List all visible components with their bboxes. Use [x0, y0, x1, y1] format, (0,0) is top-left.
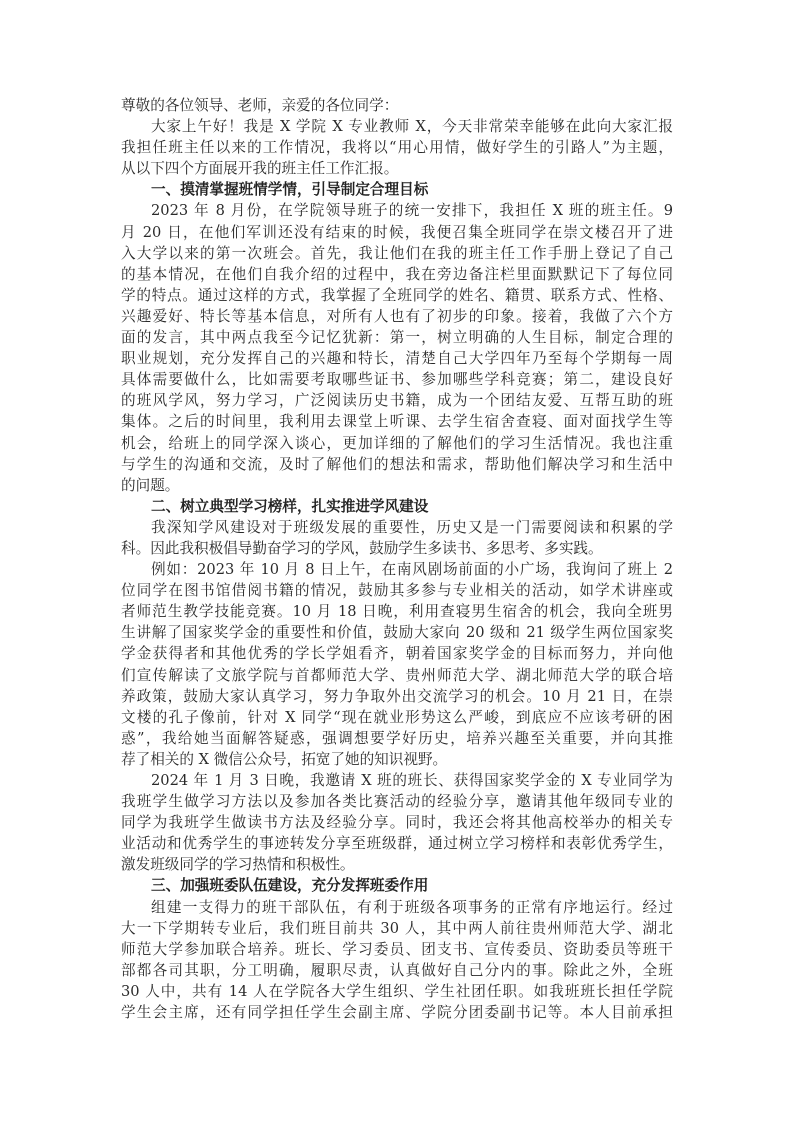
section-heading: 二、树立典型学习榜样，扎实推进学风建设	[121, 496, 673, 517]
paragraph-line: 例如：2023 年 10 月 8 日上午，在南风剧场前面的小广场，我询问了班上 …	[121, 559, 673, 580]
paragraph-line: 的问题。	[121, 475, 673, 496]
paragraph-line: 组建一支得力的班干部队伍，有利于班级各项事务的正常有序地运行。经过	[121, 897, 673, 918]
paragraph-line: 大家上午好！我是 X 学院 X 专业教师 X，今天非常荣幸能够在此向大家汇报	[121, 116, 673, 137]
paragraph-line: 学的特点。通过这样的方式，我掌握了全班同学的姓名、籍贯、联系方式、性格、	[121, 285, 673, 306]
paragraph-line: 兴趣爱好、特长等基本信息，对所有人也有了初步的印象。接着，我做了六个方	[121, 306, 673, 327]
paragraph-line: 尊敬的各位领导、老师，亲爱的各位同学：	[121, 95, 673, 116]
paragraph-line: 入大学以来的第一次班会。首先，我让他们在我的班主任工作手册上登记了自己	[121, 243, 673, 264]
paragraph-line: 者师范生教学技能竞赛。10 月 18 日晚，利用查寝男生宿舍的机会，我向全班男	[121, 601, 673, 622]
paragraph-line: 荐了相关的 X 微信公众号，拓宽了她的知识视野。	[121, 749, 673, 770]
paragraph-line: 学金获得者和其他优秀的学长学姐看齐，朝着国家奖学金的目标而努力，并向他	[121, 643, 673, 664]
paragraph-line: 们宣传解读了文旅学院与首都师范大学、贵州师范大学、湖北师范大学的联合培	[121, 665, 673, 686]
paragraph-line: 面的发言，其中两点我至今记忆犹新：第一，树立明确的人生目标，制定合理的	[121, 327, 673, 348]
paragraph-line: 师范大学参加联合培养。班长、学习委员、团支书、宣传委员、资助委员等班干	[121, 939, 673, 960]
paragraph-line: 部都各司其职，分工明确，履职尽责，认真做好自己分内的事。除此之外，全班	[121, 960, 673, 981]
paragraph-line: 学生会主席，还有同学担任学生会副主席、学院分团委副书记等。本人目前承担	[121, 1002, 673, 1023]
section-heading: 一、摸清掌握班情学情，引导制定合理目标	[121, 179, 673, 200]
paragraph-line: 惑”，我给她当面解答疑惑，强调想要学好历史，培养兴趣至关重要，并向其推	[121, 728, 673, 749]
paragraph-line: 集体。之后的时间里，我利用去课堂上听课、去学生宿舍查寝、面对面找学生等	[121, 411, 673, 432]
paragraph-line: 养政策，鼓励大家认真学习，努力争取外出交流学习的机会。10 月 21 日，在崇	[121, 686, 673, 707]
paragraph-line: 30 人中，共有 14 人在学院各大学生组织、学生社团任职。如我班班长担任学院	[121, 981, 673, 1002]
paragraph-line: 科。因此我积极倡导勤奋学习的学风，鼓励学生多读书、多思考、多实践。	[121, 538, 673, 559]
paragraph-line: 2023 年 8 月份，在学院领导班子的统一安排下，我担任 X 班的班主任。9	[121, 200, 673, 221]
paragraph-line: 的班风学风，努力学习，广泛阅读历史书籍，成为一个团结友爱、互帮互助的班	[121, 390, 673, 411]
paragraph-line: 大一下学期转专业后，我们班目前共 30 人，其中两人前往贵州师范大学、湖北	[121, 918, 673, 939]
paragraph-line: 职业规划，充分发挥自己的兴趣和特长，清楚自己大学四年乃至每个学期每一周	[121, 348, 673, 369]
paragraph-line: 与学生的沟通和交流，及时了解他们的想法和需求，帮助他们解决学习和生活中	[121, 454, 673, 475]
paragraph-line: 2024 年 1 月 3 日晚，我邀请 X 班的班长、获得国家奖学金的 X 专业…	[121, 770, 673, 791]
paragraph-line: 激发班级同学的学习热情和积极性。	[121, 854, 673, 875]
paragraph-line: 生讲解了国家奖学金的重要性和价值，鼓励大家向 20 级和 21 级学生两位国家奖	[121, 622, 673, 643]
paragraph-line: 同学为我班学生做读书方法及经验分享。同时，我还会将其他高校举办的相关专	[121, 812, 673, 833]
paragraph-line: 的基本情况，在他们自我介绍的过程中，我在旁边备注栏里面默默记下了每位同	[121, 264, 673, 285]
paragraph-line: 位同学在图书馆借阅书籍的情况，鼓励其多参与专业相关的活动，如学术讲座或	[121, 580, 673, 601]
document-page: 尊敬的各位领导、老师，亲爱的各位同学：大家上午好！我是 X 学院 X 专业教师 …	[121, 95, 673, 1023]
paragraph-line: 我班学生做学习方法以及参加各类比赛活动的经验分享，邀请其他年级同专业的	[121, 791, 673, 812]
section-heading: 三、加强班委队伍建设，充分发挥班委作用	[121, 875, 673, 896]
paragraph-line: 我深知学风建设对于班级发展的重要性，历史又是一门需要阅读和积累的学	[121, 517, 673, 538]
paragraph-line: 文楼的孔子像前，针对 X 同学“现在就业形势这么严峻，到底应不应该考研的困	[121, 707, 673, 728]
paragraph-line: 机会，给班上的同学深入谈心，更加详细的了解他们的学习生活情况。我也注重	[121, 433, 673, 454]
paragraph-line: 从以下四个方面展开我的班主任工作汇报。	[121, 158, 673, 179]
paragraph-line: 业活动和优秀学生的事迹转发分享至班级群，通过树立学习榜样和表彰优秀学生，	[121, 833, 673, 854]
paragraph-line: 具体需要做什么，比如需要考取哪些证书、参加哪些学科竞赛；第二，建设良好	[121, 369, 673, 390]
paragraph-line: 我担任班主任以来的工作情况，我将以“用心用情，做好学生的引路人”为主题，	[121, 137, 673, 158]
paragraph-line: 月 20 日，在他们军训还没有结束的时候，我便召集全班同学在崇文楼召开了进	[121, 222, 673, 243]
